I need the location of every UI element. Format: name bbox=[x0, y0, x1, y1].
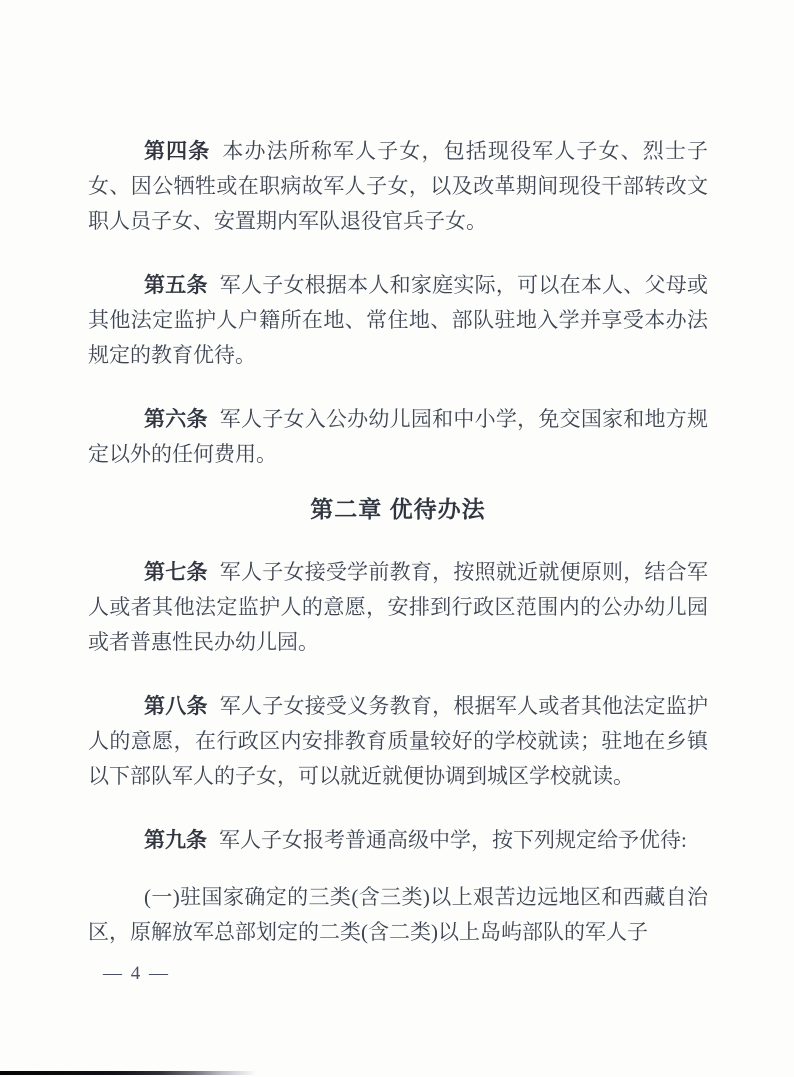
article-number: 第九条 bbox=[144, 829, 207, 852]
document-body: 第四条本办法所称军人子女，包括现役军人子女、烈士子女、因公牺牲或在职病故军人子女… bbox=[88, 0, 708, 979]
article-text: 军人子女报考普通高级中学，按下列规定给予优待: bbox=[219, 828, 687, 852]
scanned-document-page: 第四条本办法所称军人子女，包括现役军人子女、烈士子女、因公牺牲或在职病故军人子女… bbox=[0, 0, 794, 1077]
article-number: 第五条 bbox=[144, 274, 208, 297]
page-number: — 4 — bbox=[103, 963, 170, 985]
article-paragraph: 第九条军人子女报考普通高级中学，按下列规定给予优待: bbox=[88, 823, 708, 858]
article-paragraph: (一)驻国家确定的三类(含三类)以上艰苦边远地区和西藏自治区，原解放军总部划定的… bbox=[88, 880, 708, 950]
article-paragraph: 第四条本办法所称军人子女，包括现役军人子女、烈士子女、因公牺牲或在职病故军人子女… bbox=[88, 134, 708, 239]
article-number: 第七条 bbox=[144, 561, 208, 584]
article-paragraph: 第八条军人子女接受义务教育，根据军人或者其他法定监护人的意愿，在行政区内安排教育… bbox=[88, 689, 708, 794]
article-number: 第四条 bbox=[144, 140, 210, 163]
article-paragraph: 第五条军人子女根据本人和家庭实际，可以在本人、父母或其他法定监护人户籍所在地、常… bbox=[88, 268, 708, 373]
article-paragraph: 第七条军人子女接受学前教育，按照就近就便原则，结合军人或者其他法定监护人的意愿，… bbox=[88, 555, 708, 660]
article-number: 第八条 bbox=[144, 695, 208, 718]
article-text: (一)驻国家确定的三类(含三类)以上艰苦边远地区和西藏自治区，原解放军总部划定的… bbox=[88, 885, 708, 944]
article-number: 第六条 bbox=[144, 408, 208, 431]
chapter-heading: 第二章 优待办法 bbox=[88, 492, 708, 527]
article-paragraph: 第六条军人子女入公办幼儿园和中小学，免交国家和地方规定以外的任何费用。 bbox=[88, 402, 708, 472]
scan-edge-artifact bbox=[0, 1071, 256, 1075]
